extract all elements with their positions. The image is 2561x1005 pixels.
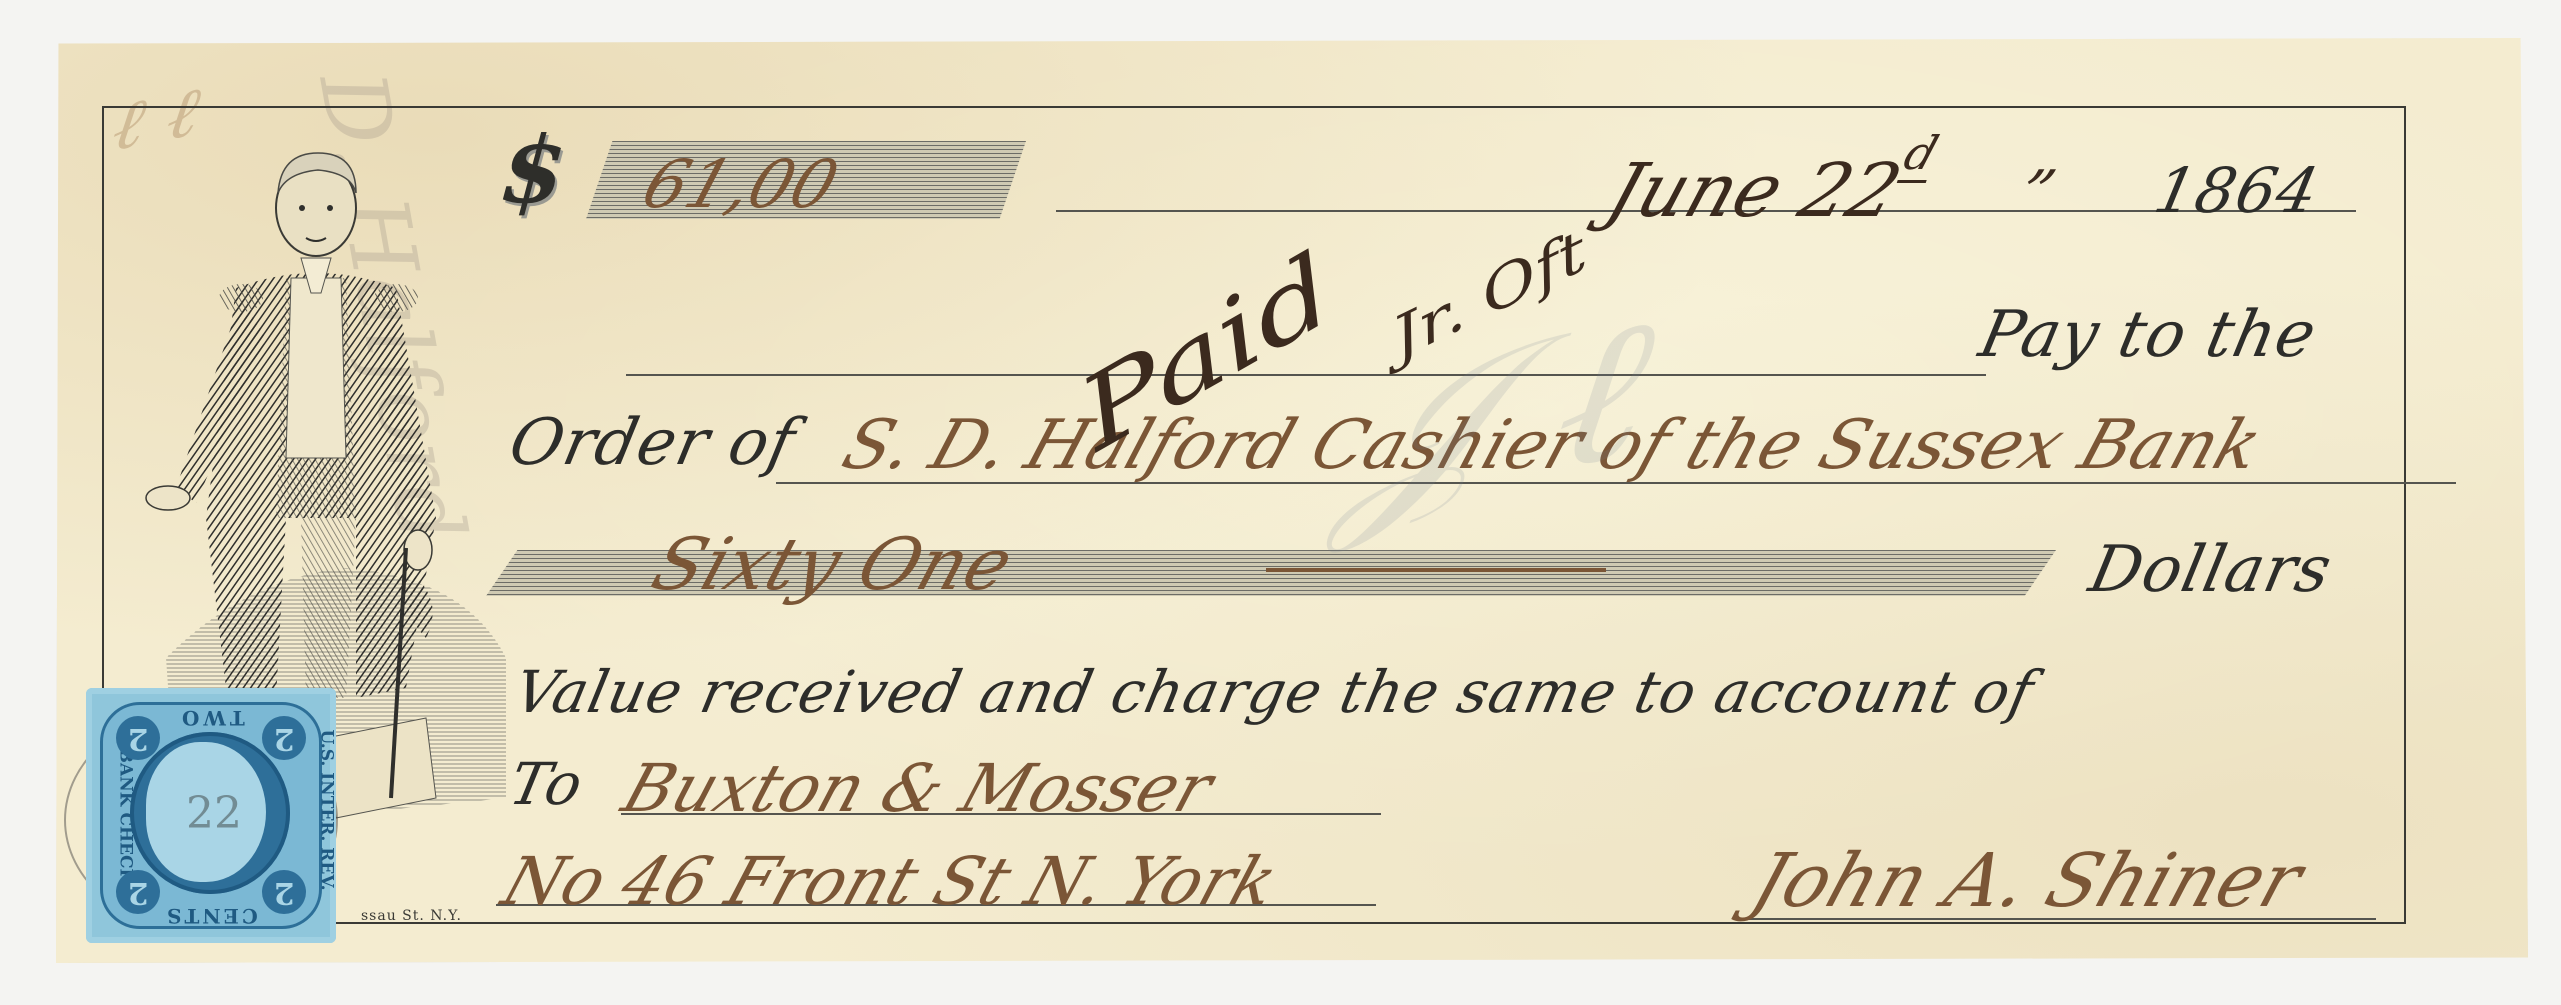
printer-imprint: ssau St. N.Y. bbox=[361, 908, 462, 924]
stamp-denomination-bottom-left: 2 bbox=[116, 870, 160, 914]
amount-words-dash bbox=[1266, 568, 1606, 572]
drawee-name: Buxton & Mosser bbox=[613, 750, 1221, 827]
stamp-denomination-top-right: 2 bbox=[262, 716, 306, 760]
to-label: To bbox=[504, 750, 590, 818]
drawer-signature: John A. Shiner bbox=[1742, 838, 2312, 924]
order-of-label: Order of bbox=[503, 406, 802, 480]
amount-in-words: Sixty One bbox=[642, 522, 1023, 606]
value-received-text: Value received and charge the same to ac… bbox=[509, 658, 2040, 726]
stamp-left-text: BANK CHECK bbox=[115, 749, 135, 884]
pay-to-line bbox=[626, 374, 1986, 376]
year-value: 1864 bbox=[2148, 154, 2325, 227]
date-month-day: June 22 bbox=[1597, 148, 1911, 234]
revenue-stamp: TWO CENTS U.S. INTER. REV. BANK CHECK 2 … bbox=[86, 688, 336, 943]
stamp-denomination-bottom-right: 2 bbox=[262, 870, 306, 914]
stamp-right-text: U.S. INTER. REV. bbox=[316, 730, 336, 891]
stamp-bottom-text: CENTS bbox=[164, 904, 258, 928]
postmark-number: 22 bbox=[186, 788, 242, 839]
year-printed-prefix: 1864 bbox=[2148, 154, 2325, 227]
stamp-top-text: TWO bbox=[178, 706, 245, 730]
drawee-address: No 46 Front St N. York bbox=[493, 843, 1286, 920]
stamp-denomination-top-left: 2 bbox=[116, 716, 160, 760]
amount-numeric: 61,00 bbox=[633, 146, 847, 223]
bank-check: ℓ ℓ S. D. Halford bbox=[56, 38, 2528, 963]
pay-to-the-label: Pay to the bbox=[1973, 298, 2323, 372]
dollars-label: Dollars bbox=[2083, 533, 2338, 607]
